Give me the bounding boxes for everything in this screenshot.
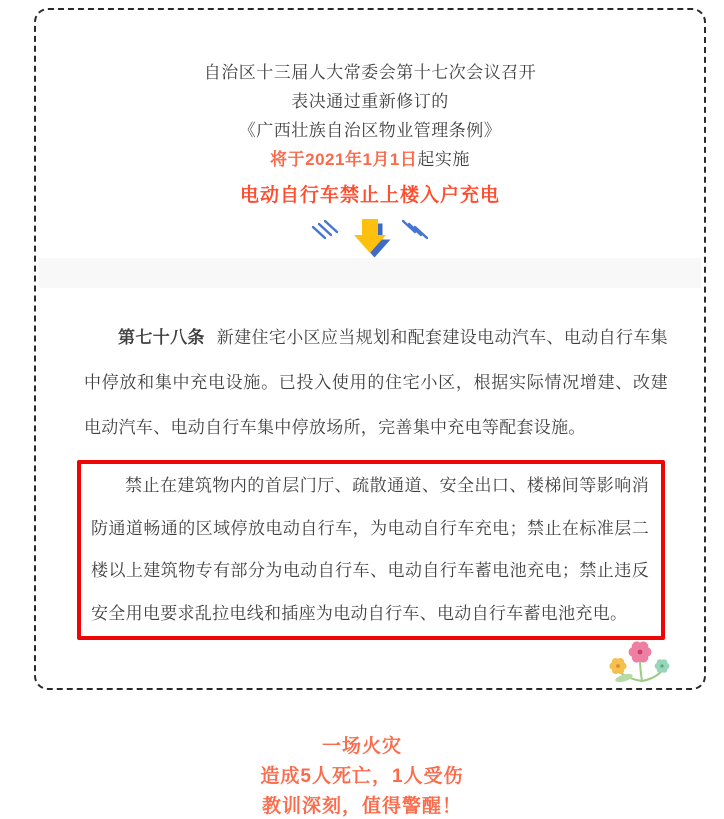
title-line-3: 《广西壮族自治区物业管理条例》 <box>36 116 704 145</box>
footer-warning: 一场火灾 造成5人死亡，1人受伤 教训深刻，值得警醒！ <box>0 732 724 819</box>
article-paragraph: 第七十八条新建住宅小区应当规划和配套建设电动汽车、电动自行车集中停放和集中充电设… <box>84 315 668 450</box>
effective-date-highlight: 将于2021年1月1日 <box>270 150 417 169</box>
flower-yellow-icon <box>609 658 626 674</box>
title-line-1: 自治区十三届人大常委会第十七次会议召开 <box>36 58 704 87</box>
effective-date-line: 将于2021年1月1日起实施 <box>36 145 704 174</box>
dashed-notice-card: 自治区十三届人大常委会第十七次会议召开 表决通过重新修订的 《广西壮族自治区物业… <box>34 8 706 690</box>
headline: 电动自行车禁止上楼入户充电 <box>36 180 704 207</box>
footer-line-1: 一场火灾 <box>0 732 724 762</box>
title-line-2: 表决通过重新修订的 <box>36 87 704 116</box>
article-label: 第七十八条 <box>118 328 205 347</box>
effective-date-rest: 起实施 <box>417 150 470 169</box>
flower-green-icon <box>655 659 670 673</box>
down-arrow-row <box>36 214 704 265</box>
flower-pink-icon <box>629 641 652 662</box>
flowers-icon <box>596 637 688 688</box>
footer-line-3: 教训深刻，值得警醒！ <box>0 792 724 819</box>
prohibition-box: 禁止在建筑物内的首层门厅、疏散通道、安全出口、楼梯间等影响消防通道畅通的区域停放… <box>77 460 665 640</box>
speed-lines-left-icon <box>313 221 337 238</box>
page: { "colors": { "text_dark": "#3e3e3e", "a… <box>0 0 724 819</box>
title-block: 自治区十三届人大常委会第十七次会议召开 表决通过重新修订的 《广西壮族自治区物业… <box>36 58 704 174</box>
speed-lines-right-icon <box>403 221 427 238</box>
footer-line-2: 造成5人死亡，1人受伤 <box>0 762 724 792</box>
down-arrow-icon <box>295 214 445 260</box>
prohibition-text: 禁止在建筑物内的首层门厅、疏散通道、安全出口、楼梯间等影响消防通道畅通的区域停放… <box>91 476 649 623</box>
